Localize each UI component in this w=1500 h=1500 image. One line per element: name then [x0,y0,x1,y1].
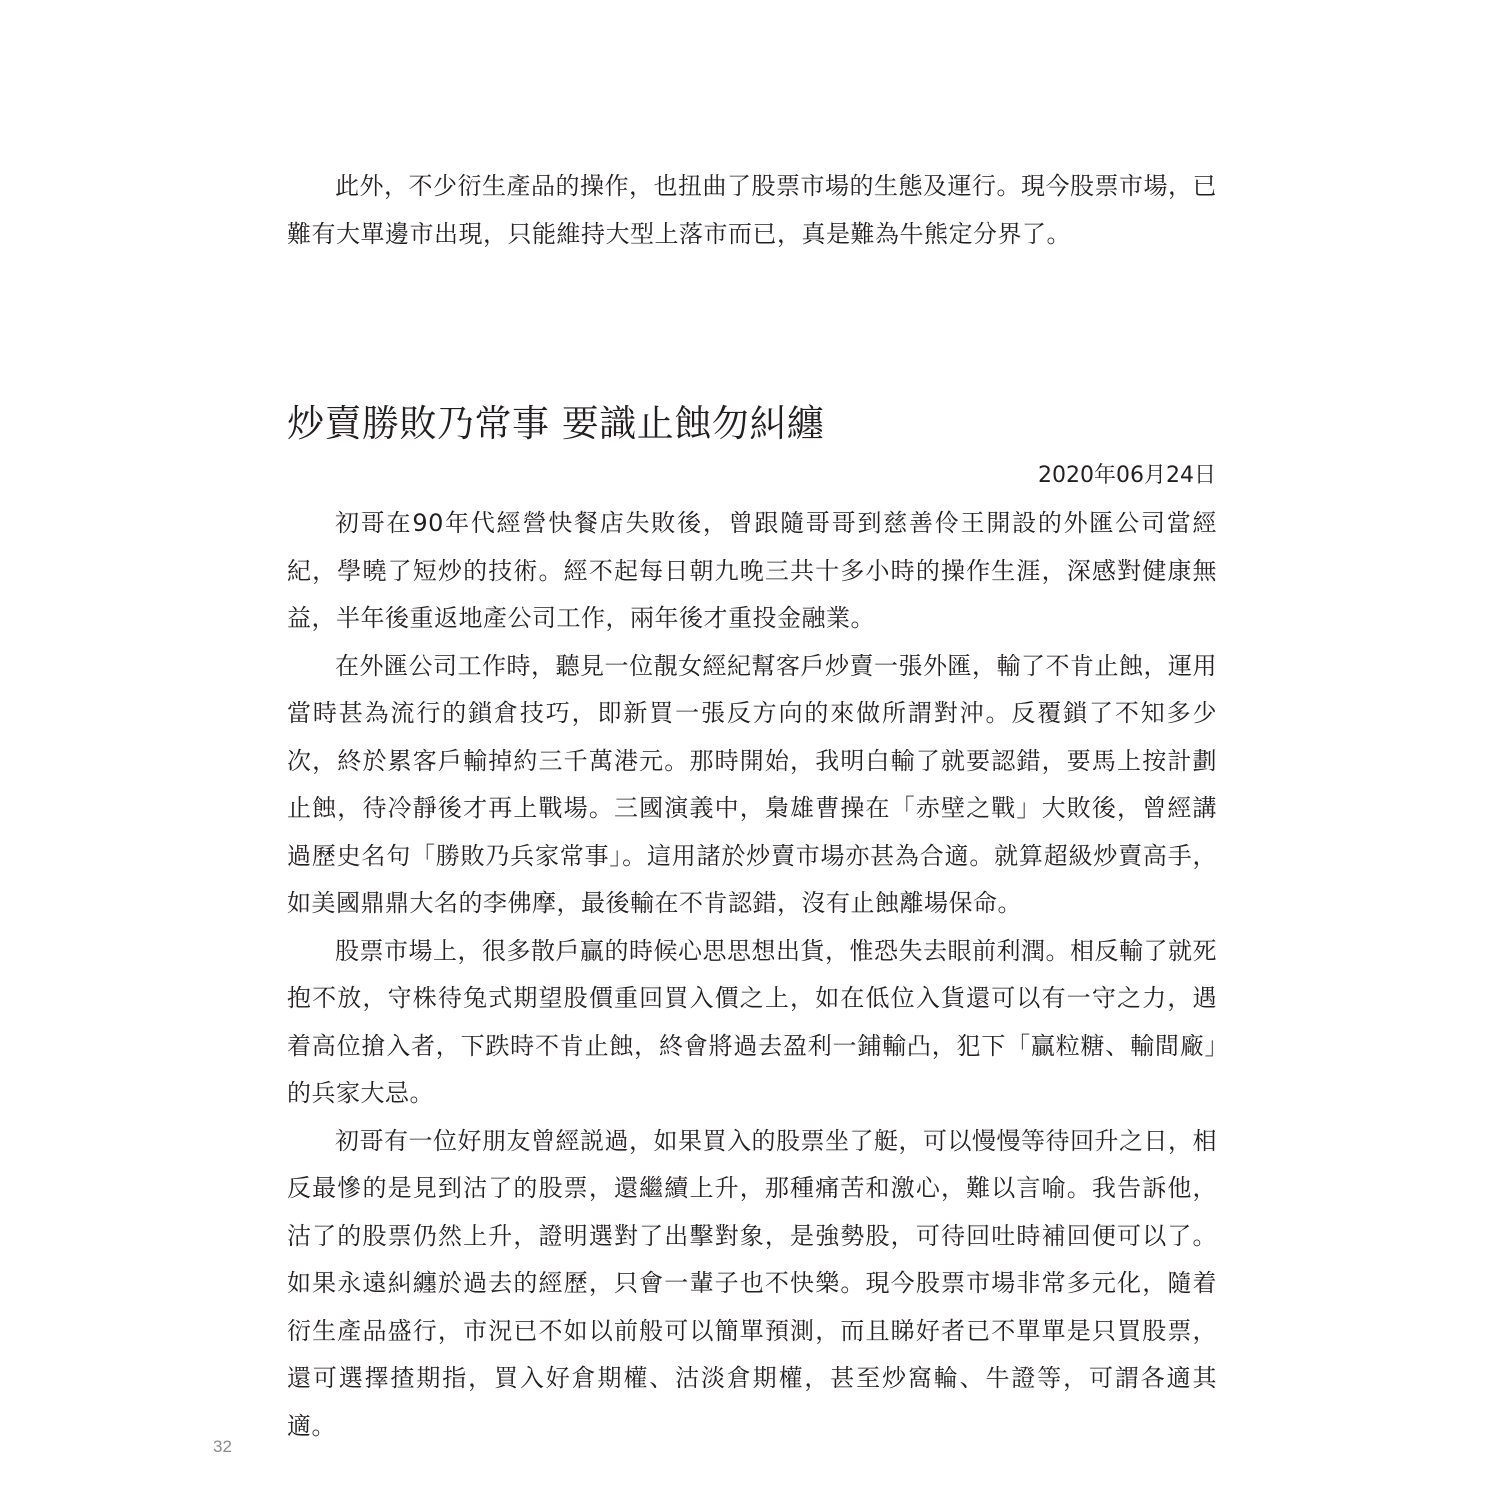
article-title: 炒賣勝敗乃常事 要識止蝕勿糾纏 [287,393,824,447]
body-paragraph: 初哥有一位好朋友曾經説過，如果買入的股票坐了艇，可以慢慢等待回升之日，相反最慘的… [287,1118,1217,1451]
document-page: 此外，不少衍生產品的操作，也扭曲了股票市場的生態及運行。現今股票市場，已難有大單… [0,0,1500,1500]
body-paragraph: 股票市場上，很多散戶贏的時候心思思想出貨，惟恐失去眼前利潤。相反輸了就死抱不放，… [287,928,1217,1118]
intro-section: 此外，不少衍生產品的操作，也扭曲了股票市場的生態及運行。現今股票市場，已難有大單… [287,163,1217,258]
body-paragraph: 在外匯公司工作時，聽見一位靚女經紀幫客戶炒賣一張外匯，輸了不肯止蝕，運用當時甚為… [287,643,1217,928]
article-date: 2020年06月24日 [1038,458,1216,489]
article-body: 初哥在90年代經營快餐店失敗後，曾跟隨哥哥到慈善伶王開設的外匯公司當經紀，學曉了… [287,500,1217,1450]
intro-paragraph: 此外，不少衍生產品的操作，也扭曲了股票市場的生態及運行。現今股票市場，已難有大單… [287,163,1217,258]
page-number: 32 [213,1437,232,1457]
body-paragraph: 初哥在90年代經營快餐店失敗後，曾跟隨哥哥到慈善伶王開設的外匯公司當經紀，學曉了… [287,500,1217,643]
